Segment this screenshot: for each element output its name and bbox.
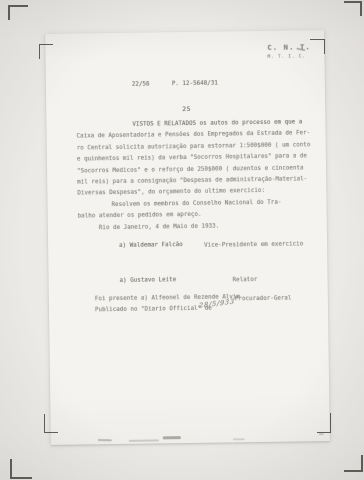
outer-corner-mark-bottom-right (344, 455, 363, 472)
publication-line: Publicado no "Diario Official" de (95, 306, 212, 315)
body-line: Caixa de Aposentadoria e Pensões dos Emp… (77, 130, 311, 140)
body-line: balho atender os pedidos em apreço. (78, 212, 202, 221)
attendance-role: Procurador-Geral (235, 296, 292, 304)
body-line: "Socorros Medicos" e o reforço de 250$00… (77, 165, 304, 175)
page-corner-mark-bottom-left (44, 414, 58, 433)
mtic-stamp: M. T. I. C. (267, 53, 305, 61)
document-number: 25 (182, 106, 191, 113)
outer-corner-mark-top-left (8, 5, 28, 20)
body-line: Diversas Despesas", do orçamento do ulti… (77, 188, 265, 198)
smudge-mark (98, 439, 112, 441)
smudge-mark (163, 436, 181, 439)
signature-role: Vice-Presidente em exercicio (204, 241, 303, 249)
body-line: mil reis) para a consignação "Despesas d… (77, 176, 307, 186)
body-line: VISTOS E RELATADOS os autos do processo … (132, 119, 302, 128)
reference-code: 22/56 (132, 82, 150, 89)
smudge-mark (129, 439, 159, 441)
document-page: C. N. T. M. T. I. C. 22/56 P. 12-5648/31… (45, 30, 330, 445)
signature-role: Relator (233, 277, 258, 284)
signature-name: a) Waldemar Falcão (119, 242, 183, 250)
date-line: Rio de Janeiro, 4 de Maio de 1933. (99, 224, 219, 233)
handwritten-date: 28/5/933 (199, 298, 235, 309)
page-corner-mark-top-right (310, 39, 325, 54)
body-line: Resolvem os membros do Conselho Nacional… (111, 200, 281, 209)
smudge-mark (233, 438, 245, 440)
page-corner-mark-bottom-right (317, 413, 331, 433)
page-corner-mark-top-left (39, 44, 53, 59)
body-line: ro Central solicita autorização para est… (77, 142, 311, 152)
process-number: P. 12-5648/31 (172, 81, 218, 89)
microfilm-photo-background: C. N. T. M. T. I. C. 22/56 P. 12-5648/31… (0, 0, 364, 480)
signature-name: a) Gustavo Leite (120, 277, 177, 285)
outer-corner-mark-top-right (344, 1, 362, 16)
body-line: e quinhentos mil reis) da verba "Socorro… (77, 153, 307, 163)
smudge-mark (319, 433, 324, 435)
outer-corner-mark-bottom-left (10, 459, 32, 479)
